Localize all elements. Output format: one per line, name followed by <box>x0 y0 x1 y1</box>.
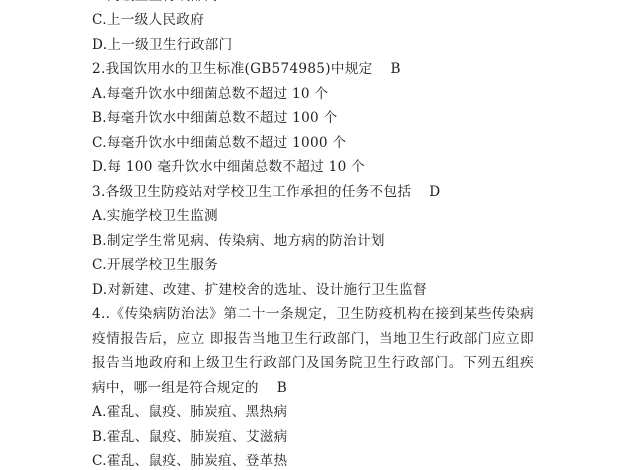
question-3-option-c: C.开展学校卫生服务 <box>92 253 534 278</box>
question-3-option-b: B.制定学生常见病、传染病、地方病的防治计划 <box>92 229 534 254</box>
question-4-stem: 4..《传染病防治法》第二十一条规定，卫生防疫机构在接到某些传染病疫情报告后，应… <box>92 302 534 400</box>
question-2-stem: 2.我国饮用水的卫生标准(GB574985)中规定B <box>92 57 534 82</box>
question-2-option-c: C.每毫升饮水中细菌总数不超过 1000 个 <box>92 131 534 156</box>
question-2-text: 2.我国饮用水的卫生标准(GB574985)中规定 <box>92 61 373 77</box>
option-line-q1-c: C.上一级人民政府 <box>92 8 534 33</box>
document-page: B.同级卫生行政部门 C.上一级人民政府 D.上一级卫生行政部门 2.我国饮用水… <box>0 0 626 470</box>
question-4-option-b: B.霍乱、鼠疫、肺炭疽、艾滋病 <box>92 425 534 450</box>
question-4-answer: B <box>277 376 287 401</box>
question-3-option-a: A.实施学校卫生监测 <box>92 204 534 229</box>
question-4-text: 4..《传染病防治法》第二十一条规定，卫生防疫机构在接到某些传染病疫情报告后，应… <box>92 306 534 396</box>
question-4-option-c: C.霍乱、鼠疫、肺炭疽、登革热 <box>92 449 534 470</box>
question-3-answer: D <box>429 180 440 205</box>
question-2-option-b: B.每毫升饮水中细菌总数不超过 100 个 <box>92 106 534 131</box>
question-2-option-a: A.每毫升饮水中细菌总数不超过 10 个 <box>92 82 534 107</box>
question-3-text: 3.各级卫生防疫站对学校卫生工作承担的任务不包括 <box>92 184 411 200</box>
question-3-option-d: D.对新建、改建、扩建校舍的选址、设计施行卫生监督 <box>92 278 534 303</box>
question-3-stem: 3.各级卫生防疫站对学校卫生工作承担的任务不包括D <box>92 180 534 205</box>
document-content: B.同级卫生行政部门 C.上一级人民政府 D.上一级卫生行政部门 2.我国饮用水… <box>92 0 534 470</box>
question-2-option-d: D.每 100 毫升饮水中细菌总数不超过 10 个 <box>92 155 534 180</box>
question-2-answer: B <box>391 57 401 82</box>
clipped-option-line: B.同级卫生行政部门 <box>92 0 534 8</box>
option-line-q1-d: D.上一级卫生行政部门 <box>92 33 534 58</box>
question-4-option-a: A.霍乱、鼠疫、肺炭疽、黑热病 <box>92 400 534 425</box>
